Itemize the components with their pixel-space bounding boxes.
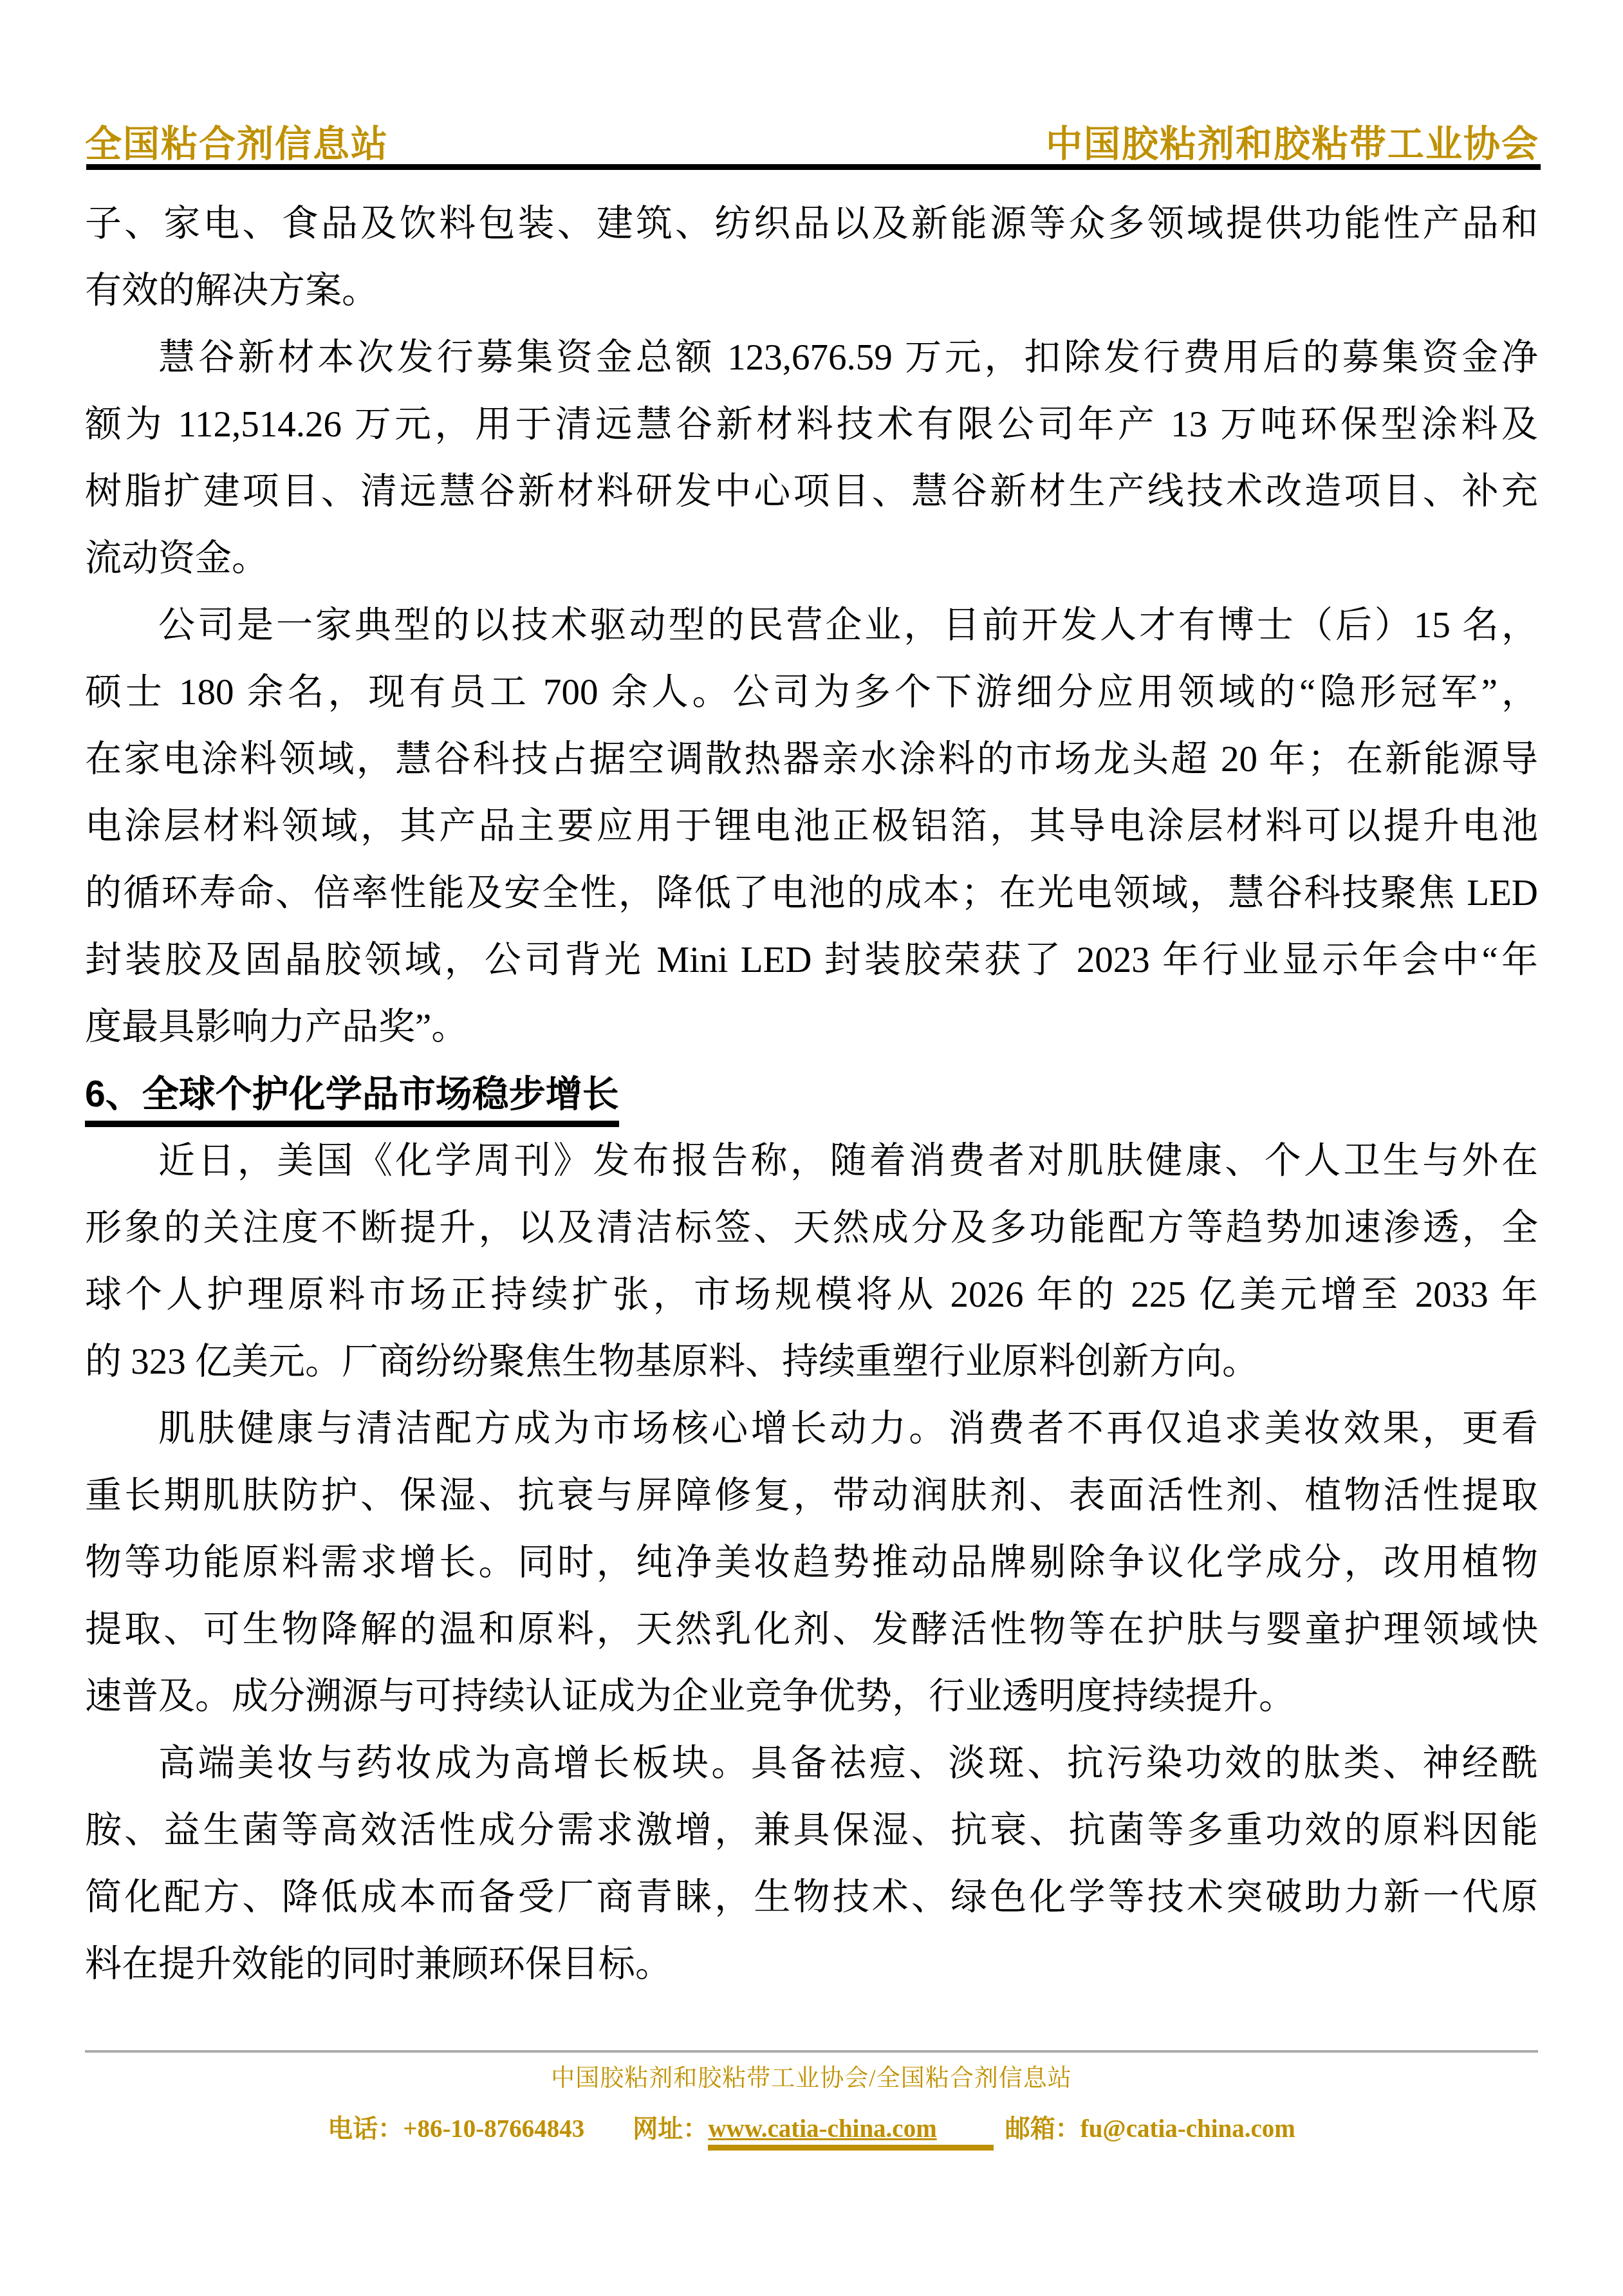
- footer-rule: [85, 2050, 1538, 2053]
- body-line: 慧谷新材本次发行募集资金总额 123,676.59 万元，扣除发行费用后的募集资…: [85, 324, 1538, 391]
- body-line: 度最具影响力产品奖”。: [85, 994, 1538, 1061]
- body-line: 额为 112,514.26 万元，用于清远慧谷新材料技术有限公司年产 13 万吨…: [85, 391, 1538, 458]
- page-header: 全国粘合剂信息站 中国胶粘剂和胶粘带工业协会: [85, 115, 1539, 167]
- body-line: 的 323 亿美元。厂商纷纷聚焦生物基原料、持续重塑行业原料创新方向。: [85, 1329, 1538, 1395]
- body-line: 料在提升效能的同时兼顾环保目标。: [85, 1931, 1538, 1998]
- phone-number: +86-10-87664843: [403, 2114, 584, 2143]
- footer-org-line: 中国胶粘剂和胶粘带工业协会/全国粘合剂信息站: [0, 2058, 1623, 2093]
- body-line: 肌肤健康与清洁配方成为市场核心增长动力。消费者不再仅追求美妆效果，更看: [85, 1395, 1538, 1462]
- header-right-title: 中国胶粘剂和胶粘带工业协会: [1046, 115, 1539, 167]
- body-line: 物等功能原料需求增长。同时，纯净美妆趋势推动品牌剔除争议化学成分，改用植物: [85, 1529, 1538, 1596]
- body-line: 重长期肌肤防护、保湿、抗衰与屏障修复，带动润肤剂、表面活性剂、植物活性提取: [85, 1462, 1538, 1529]
- body-line: 胺、益生菌等高效活性成分需求激增，兼具保湿、抗衰、抗菌等多重功效的原料因能: [85, 1797, 1538, 1864]
- body-line: 速普及。成分溯源与可持续认证成为企业竞争优势，行业透明度持续提升。: [85, 1663, 1538, 1730]
- body-line: 公司是一家典型的以技术驱动型的民营企业，目前开发人才有博士（后）15 名，: [85, 592, 1538, 659]
- footer-contacts: 电话：+86-10-87664843 网址：www.catia-china.co…: [0, 2109, 1623, 2151]
- body-line: 形象的关注度不断提升，以及清洁标签、天然成分及多功能配方等趋势加速渗透，全: [85, 1195, 1538, 1262]
- body-line: 子、家电、食品及饮料包装、建筑、纺织品以及新能源等众多领域提供功能性产品和: [85, 191, 1538, 257]
- body-line: 的循环寿命、倍率性能及安全性，降低了电池的成本；在光电领域，慧谷科技聚焦 LED: [85, 860, 1538, 927]
- document-page: 全国粘合剂信息站 中国胶粘剂和胶粘带工业协会 子、家电、食品及饮料包装、建筑、纺…: [0, 0, 1623, 2296]
- body-line: 树脂扩建项目、清远慧谷新材料研发中心项目、慧谷新材生产线技术改造项目、补充: [85, 458, 1538, 525]
- body-line: 封装胶及固晶胶领域，公司背光 Mini LED 封装胶荣获了 2023 年行业显…: [85, 927, 1538, 994]
- phone-label: 电话：: [328, 2109, 403, 2145]
- body-line: 电涂层材料领域，其产品主要应用于锂电池正极铝箔，其导电涂层材料可以提升电池: [85, 793, 1538, 860]
- body-line: 近日，美国《化学周刊》发布报告称，随着消费者对肌肤健康、个人卫生与外在: [85, 1128, 1538, 1195]
- website-label: 网址：: [633, 2109, 708, 2145]
- body-line: 提取、可生物降解的温和原料，天然乳化剂、发酵活性物等在护肤与婴童护理领域快: [85, 1596, 1538, 1663]
- body-line: 高端美妆与药妆成为高增长板块。具备祛痘、淡斑、抗污染功效的肽类、神经酰: [85, 1730, 1538, 1797]
- body-line: 简化配方、降低成本而备受厂商青睐，生物技术、绿色化学等技术突破助力新一代原: [85, 1864, 1538, 1931]
- body-line: 在家电涂料领域，慧谷科技占据空调散热器亲水涂料的市场龙头超 20 年；在新能源导: [85, 726, 1538, 793]
- email-label: 邮箱：: [1005, 2109, 1080, 2145]
- body-line: 球个人护理原料市场正持续扩张，市场规模将从 2026 年的 225 亿美元增至 …: [85, 1262, 1538, 1329]
- document-body: 子、家电、食品及饮料包装、建筑、纺织品以及新能源等众多领域提供功能性产品和有效的…: [85, 191, 1538, 1998]
- section-heading: 6、全球个护化学品市场稳步增长: [85, 1061, 1538, 1128]
- body-line: 有效的解决方案。: [85, 257, 1538, 324]
- section-heading-text: 6、全球个护化学品市场稳步增长: [85, 1065, 619, 1127]
- body-line: 流动资金。: [85, 525, 1538, 592]
- email-address: fu@catia-china.com: [1080, 2114, 1295, 2143]
- body-line: 硕士 180 余名，现有员工 700 余人。公司为多个下游细分应用领域的“隐形冠…: [85, 659, 1538, 726]
- header-rule: [86, 164, 1541, 170]
- website-link[interactable]: www.catia-china.com: [708, 2114, 993, 2151]
- header-left-title: 全国粘合剂信息站: [85, 115, 389, 167]
